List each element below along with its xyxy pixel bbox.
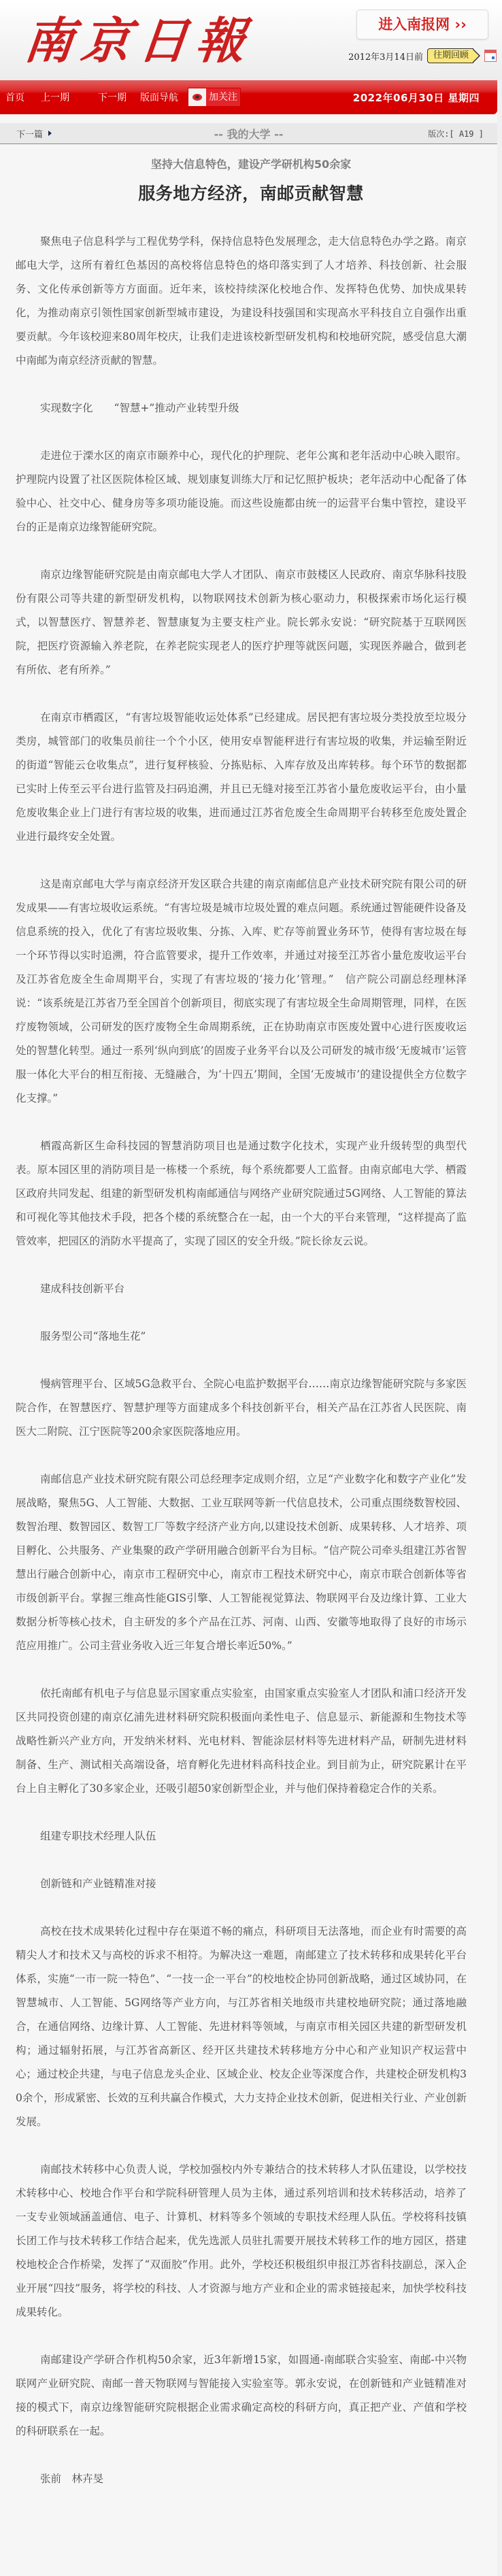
paragraph: 栖霞高新区生命科技园的智慧消防项目也是通过数字化技术，实现产业升级转型的典型代表… bbox=[16, 1134, 467, 1253]
enter-site-button[interactable]: 进入南报网 ›› bbox=[356, 10, 488, 39]
paragraph: 高校在技术成果转化过程中存在渠道不畅的痛点，科研项目无法落地，而企业有时需要的高… bbox=[16, 1920, 467, 2134]
archive-row: 2012年3月14日前 往期回顾 bbox=[348, 48, 497, 64]
top-navbar: 首页 上一期 下一期 版面导航 加关注 2022年06月30日 星期四 bbox=[0, 80, 497, 114]
weibo-follow-button[interactable]: 加关注 bbox=[188, 88, 241, 107]
nav-previous-issue[interactable]: 上一期 bbox=[41, 90, 69, 104]
calendar-icon[interactable] bbox=[484, 50, 497, 62]
paragraph: 南邮技术转移中心负责人说，学校加强校内外专兼结合的技术转移人才队伍建设，以学校技… bbox=[16, 2158, 467, 2324]
article-headline: 服务地方经济，南邮贡献智慧 bbox=[16, 180, 467, 205]
article-body: 聚焦电子信息科学与工程优势学科，保持信息特色发展理念，走大信息特色办学之路。南京… bbox=[16, 230, 467, 2491]
section-heading: 创新链和产业链精准对接 bbox=[16, 1872, 467, 1896]
article: 坚持大信息特色，建设产学研机构50余家 服务地方经济，南邮贡献智慧 聚焦电子信息… bbox=[0, 156, 502, 2542]
section-name: -- 我的大学 -- bbox=[0, 126, 497, 141]
paragraph: 在南京市栖霞区，“有害垃圾智能收运处体系”已经建成。居民把有害垃圾分类投放至垃圾… bbox=[16, 706, 467, 849]
edition-number: 版次:[ A19 ] bbox=[428, 128, 484, 139]
section-heading: 实现数字化 “智慧+”推动产业转型升级 bbox=[16, 396, 467, 420]
paragraph: 这是南京邮电大学与南京经济开发区联合共建的南京南邮信息产业技术研究院有限公司的研… bbox=[16, 872, 467, 1111]
paragraph: 南京边缘智能研究院是由南京邮电大学人才团队、南京市鼓楼区人民政府、南京华脉科技股… bbox=[16, 563, 467, 682]
paragraph: 依托南邮有机电子与信息显示国家重点实验室，由国家重点实验室人才团队和浦口经济开发… bbox=[16, 1682, 467, 1801]
newspaper-logo[interactable]: 南京日報 bbox=[21, 7, 257, 75]
paragraph: 走进位于溧水区的南京市颐养中心，现代化的护理院、老年公寓和老年活动中心映入眼帘。… bbox=[16, 444, 467, 539]
nav-next-issue[interactable]: 下一期 bbox=[98, 90, 127, 104]
paragraph: 聚焦电子信息科学与工程优势学科，保持信息特色发展理念，走大信息特色办学之路。南京… bbox=[16, 230, 467, 373]
paragraph: 南邮信息产业技术研究院有限公司总经理李定成则介绍，立足“产业数字化和数字产业化”… bbox=[16, 1468, 467, 1658]
nav-page-navigation[interactable]: 版面导航 bbox=[140, 90, 178, 104]
section-heading: 服务型公司“落地生花” bbox=[16, 1325, 467, 1349]
weibo-icon bbox=[188, 88, 206, 106]
section-bar: 下一篇 -- 我的大学 -- 版次:[ A19 ] bbox=[0, 123, 497, 144]
paragraph: 南邮建设产学研合作机构50余家，近3年新增15家，如圆通-南邮联合实验室、南邮-… bbox=[16, 2348, 467, 2443]
masthead: 南京日報 进入南报网 ›› 2012年3月14日前 往期回顾 bbox=[0, 0, 502, 80]
issue-date: 2022年06月30日 星期四 bbox=[353, 90, 480, 105]
section-heading: 建成科技创新平台 bbox=[16, 1277, 467, 1301]
follow-label: 加关注 bbox=[206, 88, 240, 106]
article-subtitle: 坚持大信息特色，建设产学研机构50余家 bbox=[16, 156, 467, 171]
archive-date-label: 2012年3月14日前 bbox=[348, 50, 423, 63]
section-heading: 组建专职技术经理人队伍 bbox=[16, 1825, 467, 1848]
byline: 张前 林卉旻 bbox=[16, 2467, 467, 2491]
page-scrollbar[interactable] bbox=[497, 0, 502, 2542]
archive-review-button[interactable]: 往期回顾 bbox=[427, 48, 473, 63]
paragraph: 慢病管理平台、区域5G急救平台、全院心电监护数据平台……南京边缘智能研究院与多家… bbox=[16, 1372, 467, 1444]
nav-home[interactable]: 首页 bbox=[5, 90, 24, 104]
